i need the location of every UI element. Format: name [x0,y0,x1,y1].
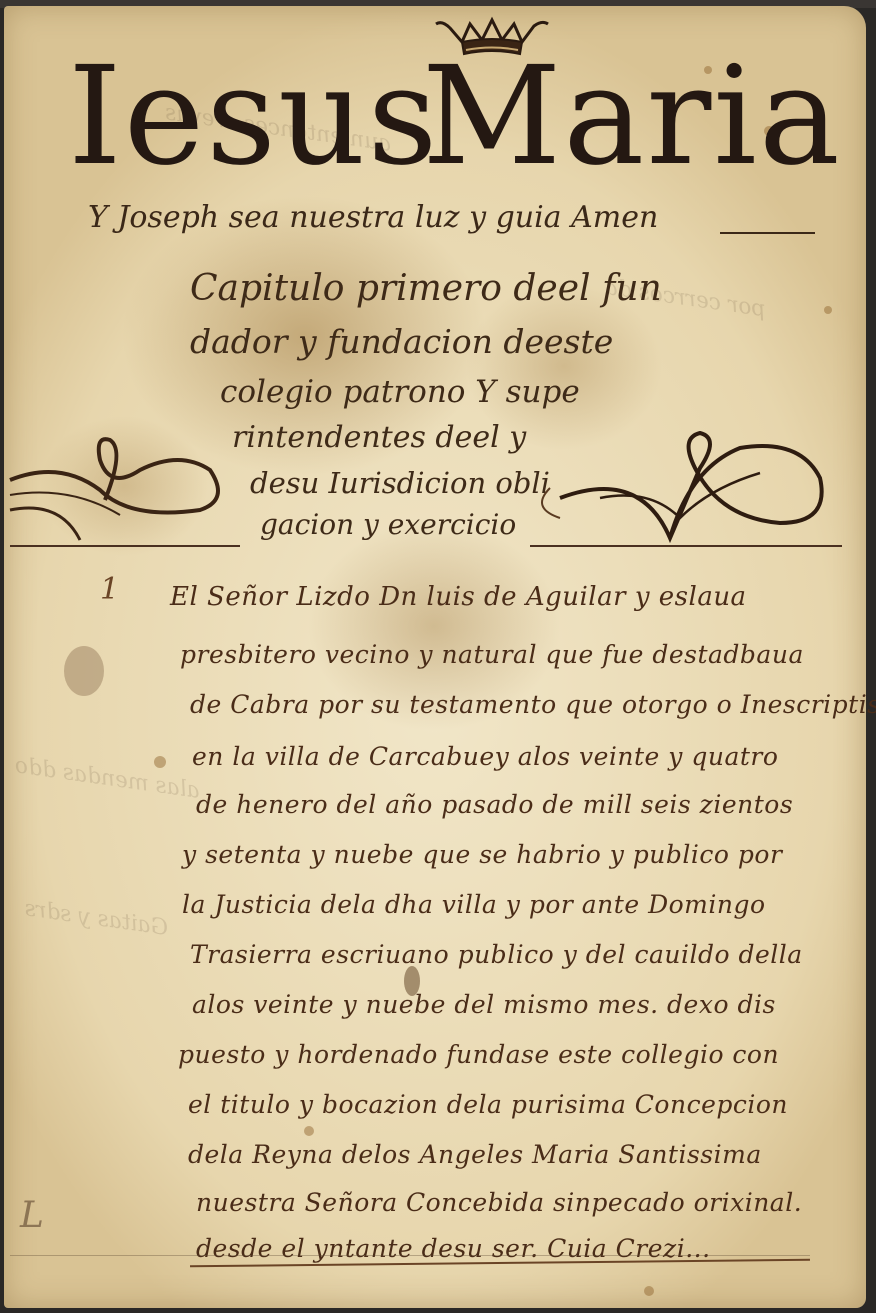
body-line-4: en la villa de Carcabuey alos veinte y q… [192,742,862,771]
body-line-6: y setenta y nuebe que se habrio y public… [182,840,852,869]
body-line-7: la Justicia dela dha villa y por ante Do… [182,890,852,919]
chapter-heading-line-5: desu Iurisdicion obli [250,466,550,500]
chapter-heading-line-4: rintendentes deel y [232,420,526,455]
title-word-iesus: Iesus [68,42,439,192]
ink-spot [304,1126,314,1136]
flourish-right-rule [530,545,842,547]
flourish-right-ornament [520,428,850,552]
chapter-heading-line-3: colegio patrono Y supe [220,374,580,410]
ink-spot [154,756,166,768]
subtitle-rule [720,232,815,234]
body-line-3: de Cabra por su testamento que otorgo o … [190,690,860,719]
chapter-heading-line-2: dador y fundacion deeste [190,322,613,361]
margin-mark: L [20,1195,44,1236]
body-line-5: de henero del año pasado de mill seis zi… [196,790,866,819]
bleed-through-text: Gaitas y sdrs [23,896,170,941]
invocation-line: Y Joseph sea nuestra luz y guia Amen [88,200,658,235]
flourish-left-ornament [0,430,240,550]
chapter-heading-line-6: gacion y exercicio [260,508,516,541]
ink-spot [824,306,832,314]
ink-spot [644,1286,654,1296]
body-line-8: Trasierra escriuano publico y del cauild… [190,940,860,969]
bleed-through-text: alas mendas ddo [13,753,201,804]
body-line-10: puesto y hordenado fundase este collegio… [178,1040,848,1069]
title-word-maria: Maria [422,42,842,192]
chapter-heading-line-1: Capitulo primero deel fun [190,268,662,309]
body-line-1: El Señor Lizdo Dn luis de Aguilar y esla… [170,582,840,612]
body-line-9: alos veinte y nuebe del mismo mes. dexo … [192,990,862,1019]
flourish-left-rule [10,545,240,547]
paragraph-number: 1 [100,572,119,607]
body-line-12: dela Reyna delos Angeles Maria Santissim… [188,1140,858,1169]
body-line-11: el titulo y bocazion dela purisima Conce… [188,1090,858,1119]
ink-stain [64,646,104,696]
ruling-line [10,1255,810,1256]
body-line-13: nuestra Señora Concebida sinpecado orixi… [196,1188,866,1217]
body-line-2: presbitero vecino y natural que fue dest… [180,640,850,669]
